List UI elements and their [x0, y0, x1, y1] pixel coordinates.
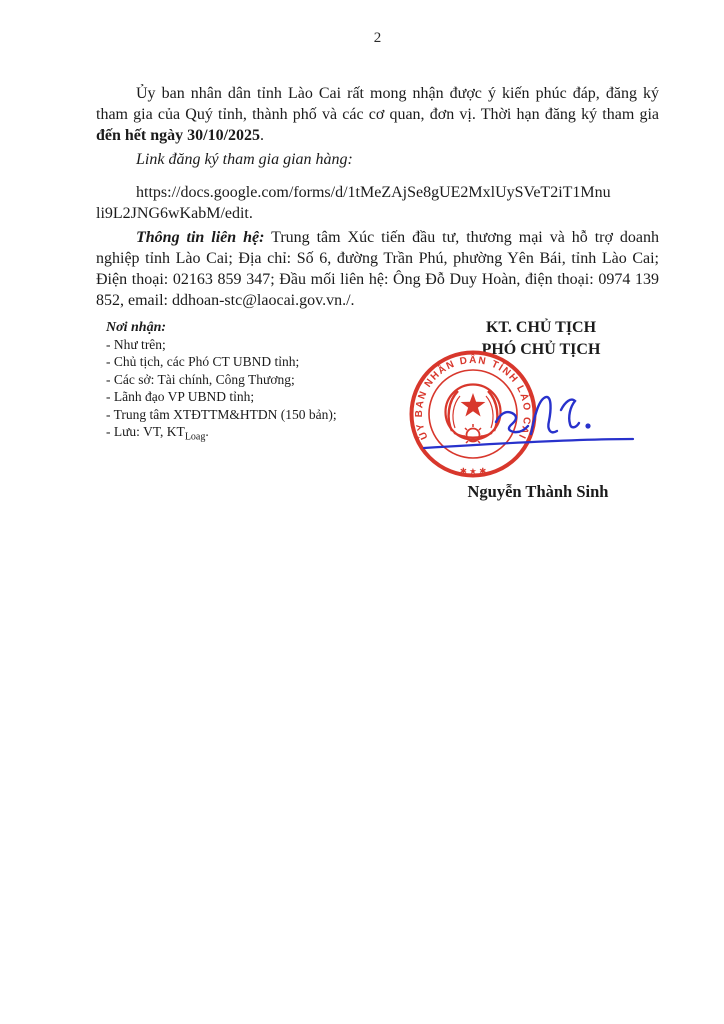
- recipient-item-archive: - Lưu: VT, KTLoag.: [106, 423, 376, 440]
- registration-link-label: Link đăng ký tham gia gian hàng:: [96, 149, 659, 170]
- signer-name: Nguyễn Thành Sinh: [408, 482, 668, 502]
- archive-prefix: - Lưu: VT, KT: [106, 424, 185, 439]
- signature-graphic: [398, 368, 658, 456]
- intro-text: Ủy ban nhân dân tỉnh Lào Cai rất mong nh…: [96, 85, 659, 123]
- recipient-item: - Trung tâm XTĐTTM&HTDN (150 bản);: [106, 406, 376, 423]
- recipient-item: - Chủ tịch, các Phó CT UBND tỉnh;: [106, 353, 376, 370]
- recipient-item: - Như trên;: [106, 336, 376, 353]
- paragraph-contact-info: Thông tin liên hệ: Trung tâm Xúc tiến đầ…: [96, 227, 659, 311]
- paragraph-intro: Ủy ban nhân dân tỉnh Lào Cai rất mong nh…: [96, 83, 659, 146]
- document-page: 2 Ủy ban nhân dân tỉnh Lào Cai rất mong …: [0, 0, 724, 1024]
- intro-period: .: [260, 127, 264, 144]
- url-line-1[interactable]: https://docs.google.com/forms/d/1tMeZAjS…: [136, 184, 611, 201]
- archive-subscript: Loag: [185, 432, 206, 443]
- signature-dot: [585, 423, 590, 428]
- recipient-item: - Lãnh đạo VP UBND tỉnh;: [106, 388, 376, 405]
- deadline-text: đến hết ngày 30/10/2025: [96, 127, 260, 144]
- handwritten-signature: [398, 368, 658, 456]
- contact-label: Thông tin liên hệ:: [136, 229, 264, 246]
- seal-bottom-star: ✱ ★ ✱: [460, 466, 487, 476]
- registration-url[interactable]: https://docs.google.com/forms/d/1tMeZAjS…: [96, 182, 659, 224]
- signer-role-line1: KT. CHỦ TỊCH: [411, 317, 671, 339]
- recipients-block: Nơi nhận: - Như trên; - Chủ tịch, các Ph…: [106, 319, 376, 440]
- page-number: 2: [96, 30, 659, 47]
- recipients-header: Nơi nhận:: [106, 319, 376, 336]
- url-line-2[interactable]: li9L2JNG6wKabM/edit.: [96, 205, 253, 222]
- recipient-item: - Các sở: Tài chính, Công Thương;: [106, 371, 376, 388]
- archive-suffix: .: [205, 424, 208, 439]
